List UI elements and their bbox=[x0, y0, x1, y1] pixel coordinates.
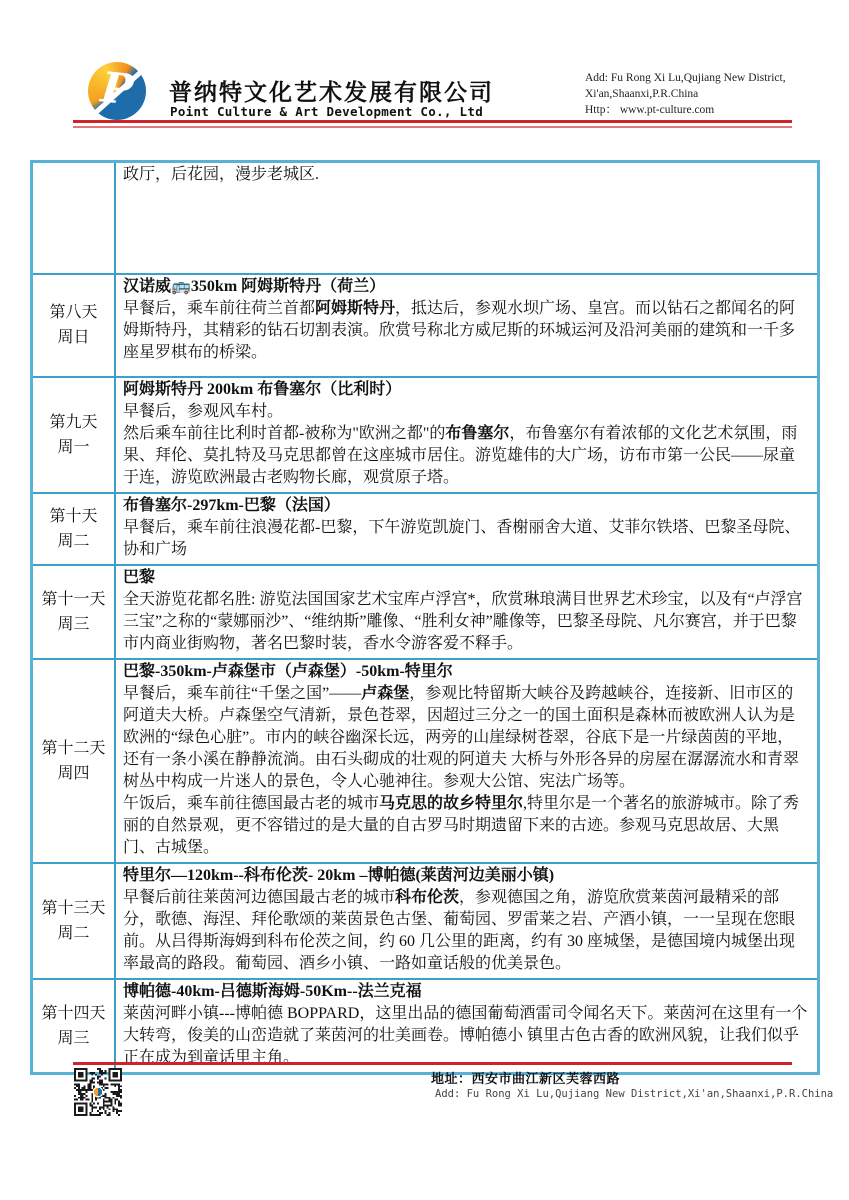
weekday: 周二 bbox=[35, 529, 112, 554]
itinerary-paragraph: 早餐后，乘车前往浪漫花都-巴黎，下午游览凯旋门、香榭丽舍大道、艾菲尔铁塔、巴黎圣… bbox=[123, 517, 809, 561]
day-cell: 第八天周日 bbox=[32, 274, 116, 377]
day-cell: 第十一天周三 bbox=[32, 565, 116, 659]
day-number: 第十天 bbox=[35, 504, 112, 529]
weekday: 周三 bbox=[35, 1026, 112, 1051]
itinerary-paragraph: 然后乘车前往比利时首都-被称为"欧洲之都"的布鲁塞尔，布鲁塞尔有着浓郁的文化艺术… bbox=[123, 423, 809, 489]
itinerary-row: 第十四天周三博帕德-40km-吕德斯海姆-50Km--法兰克福莱茵河畔小镇---… bbox=[32, 979, 819, 1074]
itinerary-paragraph: 早餐后，参观风车村。 bbox=[123, 401, 809, 423]
day-number: 第十一天 bbox=[35, 587, 112, 612]
route-title: 巴黎 bbox=[123, 567, 809, 589]
company-name-en: Point Culture & Art Development Co., Ltd bbox=[170, 104, 483, 119]
header-website-line: Http： www.pt-culture.com bbox=[585, 102, 786, 118]
itinerary-content-cell: 布鲁塞尔-297km-巴黎（法国）早餐后，乘车前往浪漫花都-巴黎，下午游览凯旋门… bbox=[115, 493, 819, 565]
company-name-cn: 普纳特文化艺术发展有限公司 bbox=[169, 74, 494, 107]
weekday: 周二 bbox=[35, 921, 112, 946]
footer-address-cn: 地址：西安市曲江新区芙蓉西路 bbox=[431, 1068, 620, 1087]
itinerary-paragraph: 早餐后，乘车前往荷兰首都阿姆斯特丹，抵达后，参观水坝广场、皇宫。而以钻石之都闻名… bbox=[123, 298, 809, 364]
day-cell: 第十二天周四 bbox=[32, 659, 116, 863]
header-rule-bottom bbox=[73, 126, 792, 128]
day-cell: 第十三天周二 bbox=[32, 863, 116, 979]
day-cell: 第九天周一 bbox=[32, 377, 116, 493]
header-address-line-1: Add: Fu Rong Xi Lu,Qujiang New District, bbox=[585, 70, 786, 86]
footer-address-en: Add: Fu Rong Xi Lu,Qujiang New District,… bbox=[435, 1088, 833, 1100]
itinerary-paragraph: 莱茵河畔小镇---博帕德 BOPPARD，这里出品的德国葡萄酒雷司令闻名天下。莱… bbox=[123, 1003, 809, 1069]
day-number: 第八天 bbox=[35, 300, 112, 325]
qr-code bbox=[74, 1068, 122, 1116]
company-logo: P bbox=[88, 62, 146, 120]
logo-letter: P bbox=[86, 61, 149, 116]
route-title: 阿姆斯特丹 200km 布鲁塞尔（比利时） bbox=[123, 379, 809, 401]
itinerary-content-cell: 博帕德-40km-吕德斯海姆-50Km--法兰克福莱茵河畔小镇---博帕德 BO… bbox=[115, 979, 819, 1074]
route-title: 特里尔—120km--科布伦茨- 20km –博帕德(莱茵河边美丽小镇) bbox=[123, 865, 809, 887]
itinerary-row: 第十二天周四巴黎-350km-卢森堡市（卢森堡）-50km-特里尔早餐后，乘车前… bbox=[32, 659, 819, 863]
itinerary-row: 第八天周日汉诺威🚌350km 阿姆斯特丹（荷兰）早餐后，乘车前往荷兰首都阿姆斯特… bbox=[32, 274, 819, 377]
route-title: 博帕德-40km-吕德斯海姆-50Km--法兰克福 bbox=[123, 981, 809, 1003]
header-address-line-2: Xi'an,Shaanxi,P.R.China bbox=[585, 86, 786, 102]
itinerary-table: 政厅，后花园，漫步老城区.第八天周日汉诺威🚌350km 阿姆斯特丹（荷兰）早餐后… bbox=[30, 160, 820, 1075]
day-number: 第十三天 bbox=[35, 896, 112, 921]
itinerary-content-cell: 巴黎-350km-卢森堡市（卢森堡）-50km-特里尔早餐后，乘车前往“千堡之国… bbox=[115, 659, 819, 863]
day-cell: 第十四天周三 bbox=[32, 979, 116, 1074]
itinerary-row: 第十天周二布鲁塞尔-297km-巴黎（法国）早餐后，乘车前往浪漫花都-巴黎，下午… bbox=[32, 493, 819, 565]
footer-rule bbox=[73, 1062, 792, 1065]
itinerary-row: 第十三天周二特里尔—120km--科布伦茨- 20km –博帕德(莱茵河边美丽小… bbox=[32, 863, 819, 979]
header-address-block: Add: Fu Rong Xi Lu,Qujiang New District,… bbox=[585, 70, 786, 118]
weekday: 周三 bbox=[35, 612, 112, 637]
day-cell: 第十天周二 bbox=[32, 493, 116, 565]
itinerary-content-cell: 特里尔—120km--科布伦茨- 20km –博帕德(莱茵河边美丽小镇)早餐后前… bbox=[115, 863, 819, 979]
itinerary-row: 政厅，后花园，漫步老城区. bbox=[32, 162, 819, 274]
itinerary-content-cell: 巴黎全天游览花都名胜: 游览法国国家艺术宝库卢浮宫*，欣赏琳琅满目世界艺术珍宝，… bbox=[115, 565, 819, 659]
page: P 普纳特文化艺术发展有限公司 Point Culture & Art Deve… bbox=[0, 0, 849, 1200]
day-number: 第九天 bbox=[35, 410, 112, 435]
itinerary-paragraph: 午饭后，乘车前往德国最古老的城市马克思的故乡特里尔,特里尔是一个著名的旅游城市。… bbox=[123, 793, 809, 859]
itinerary-row: 第九天周一阿姆斯特丹 200km 布鲁塞尔（比利时）早餐后，参观风车村。然后乘车… bbox=[32, 377, 819, 493]
day-number: 第十二天 bbox=[35, 736, 112, 761]
itinerary-paragraph: 早餐后，乘车前往“千堡之国”——卢森堡，参观比特留斯大峡谷及跨越峡谷，连接新、旧… bbox=[123, 683, 809, 793]
weekday: 周一 bbox=[35, 435, 112, 460]
itinerary-content-cell: 阿姆斯特丹 200km 布鲁塞尔（比利时）早餐后，参观风车村。然后乘车前往比利时… bbox=[115, 377, 819, 493]
itinerary-content-cell: 汉诺威🚌350km 阿姆斯特丹（荷兰）早餐后，乘车前往荷兰首都阿姆斯特丹，抵达后… bbox=[115, 274, 819, 377]
route-title: 汉诺威🚌350km 阿姆斯特丹（荷兰） bbox=[123, 276, 809, 298]
day-cell bbox=[32, 162, 116, 274]
route-title: 布鲁塞尔-297km-巴黎（法国） bbox=[123, 495, 809, 517]
itinerary-table-body: 政厅，后花园，漫步老城区.第八天周日汉诺威🚌350km 阿姆斯特丹（荷兰）早餐后… bbox=[32, 162, 819, 1074]
itinerary-paragraph: 早餐后前往莱茵河边德国最古老的城市科布伦茨，参观德国之角，游览欣赏莱茵河最精采的… bbox=[123, 887, 809, 975]
weekday: 周四 bbox=[35, 761, 112, 786]
weekday: 周日 bbox=[35, 325, 112, 350]
header-rule-top bbox=[73, 120, 792, 123]
itinerary-row: 第十一天周三巴黎全天游览花都名胜: 游览法国国家艺术宝库卢浮宫*，欣赏琳琅满目世… bbox=[32, 565, 819, 659]
itinerary-content-cell: 政厅，后花园，漫步老城区. bbox=[115, 162, 819, 274]
itinerary-paragraph: 全天游览花都名胜: 游览法国国家艺术宝库卢浮宫*，欣赏琳琅满目世界艺术珍宝，以及… bbox=[123, 589, 809, 655]
itinerary-paragraph: 政厅，后花园，漫步老城区. bbox=[123, 164, 809, 186]
day-number: 第十四天 bbox=[35, 1001, 112, 1026]
route-title: 巴黎-350km-卢森堡市（卢森堡）-50km-特里尔 bbox=[123, 661, 809, 683]
